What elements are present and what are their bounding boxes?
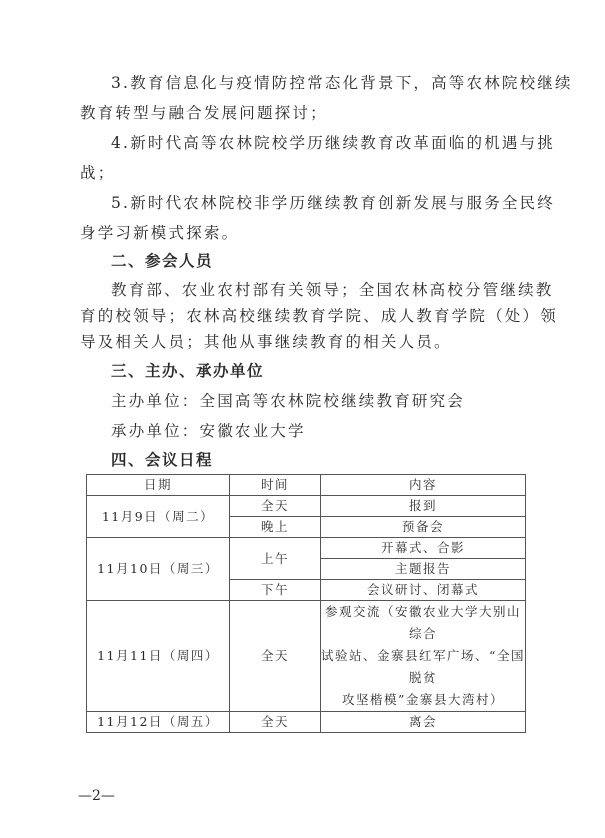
content-cell: 会议研讨、闭幕式: [321, 580, 526, 601]
content-cell: 开幕式、合影: [321, 538, 526, 559]
organizer-unit: 承办单位：安徽农业大学: [111, 421, 306, 441]
date-cell: 11月10日（周三）: [87, 538, 230, 601]
topic-3-line-1: 3.教育信息化与疫情防控常态化背景下，高等农林院校继续: [111, 73, 573, 93]
date-cell: 11月11日（周四）: [87, 601, 230, 712]
content-cell: 预备会: [321, 517, 526, 538]
topic-3-line-2: 教育转型与融合发展问题探讨；: [80, 103, 328, 123]
page-number: —2—: [78, 788, 115, 804]
topic-5-line-2: 身学习新模式探索。: [80, 223, 239, 243]
content-cell: 主题报告: [321, 559, 526, 580]
table-row: 11月11日（周四） 全天 参观交流（安徽农业大学大别山综合 试验站、金寨县红军…: [87, 601, 526, 712]
attendees-line-3: 导及相关人员；其他从事继续教育的相关人员。: [80, 332, 452, 352]
time-cell: 上午: [230, 538, 321, 580]
topic-4-line-1: 4.新时代高等农林院校学历继续教育改革面临的机遇与挑: [111, 133, 555, 153]
section-heading-attendees: 二、参会人员: [111, 251, 213, 271]
attendees-line-1: 教育部、农业农村部有关领导；全国农林高校分管继续教: [111, 280, 554, 300]
content-line: 攻坚楷模”金寨县大湾村）: [321, 689, 525, 711]
content-cell: 报到: [321, 496, 526, 517]
time-cell: 全天: [230, 496, 321, 517]
content-cell-multiline: 参观交流（安徽农业大学大别山综合 试验站、金寨县红军广场、“全国脱贫 攻坚楷模”…: [321, 601, 526, 712]
header-time: 时间: [230, 475, 321, 496]
table-row: 11月9日（周二） 全天 报到: [87, 496, 526, 517]
topic-4-line-2: 战；: [80, 163, 115, 183]
attendees-line-2: 育的校领导；农林高校继续教育学院、成人教育学院（处）领: [80, 306, 558, 326]
section-heading-hosts: 三、主办、承办单位: [111, 361, 264, 381]
header-date: 日期: [87, 475, 230, 496]
table-row: 11月12日（周五） 全天 离会: [87, 712, 526, 733]
header-content: 内容: [321, 475, 526, 496]
schedule-table: 日期 时间 内容 11月9日（周二） 全天 报到 晚上 预备会 11月10日（周…: [86, 474, 526, 733]
time-cell: 晚上: [230, 517, 321, 538]
host-unit: 主办单位：全国高等农林院校继续教育研究会: [111, 391, 465, 411]
time-cell: 全天: [230, 712, 321, 733]
date-cell: 11月12日（周五）: [87, 712, 230, 733]
content-line: 试验站、金寨县红军广场、“全国脱贫: [321, 645, 525, 689]
time-cell: 下午: [230, 580, 321, 601]
section-heading-schedule: 四、会议日程: [111, 450, 213, 470]
content-line: 参观交流（安徽农业大学大别山综合: [321, 601, 525, 645]
table-header-row: 日期 时间 内容: [87, 475, 526, 496]
date-cell: 11月9日（周二）: [87, 496, 230, 538]
topic-5-line-1: 5.新时代农林院校非学历继续教育创新发展与服务全民终: [111, 193, 555, 213]
table-row: 11月10日（周三） 上午 开幕式、合影: [87, 538, 526, 559]
document-page: 3.教育信息化与疫情防控常态化背景下，高等农林院校继续 教育转型与融合发展问题探…: [0, 0, 605, 838]
time-cell: 全天: [230, 601, 321, 712]
content-cell: 离会: [321, 712, 526, 733]
